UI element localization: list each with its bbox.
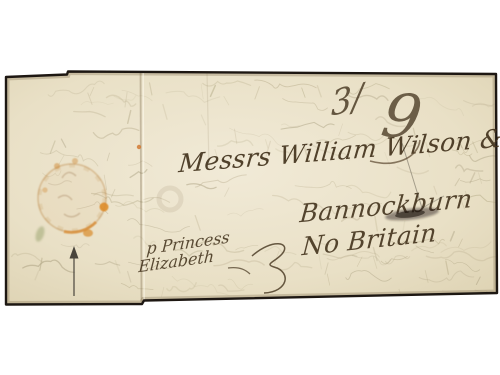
photo-background: 3/ 9 Messrs William Wilson & Son Bannock… bbox=[0, 0, 500, 375]
rate-marking-shillings: 3/ bbox=[331, 79, 363, 122]
orange-fleck bbox=[137, 145, 141, 149]
